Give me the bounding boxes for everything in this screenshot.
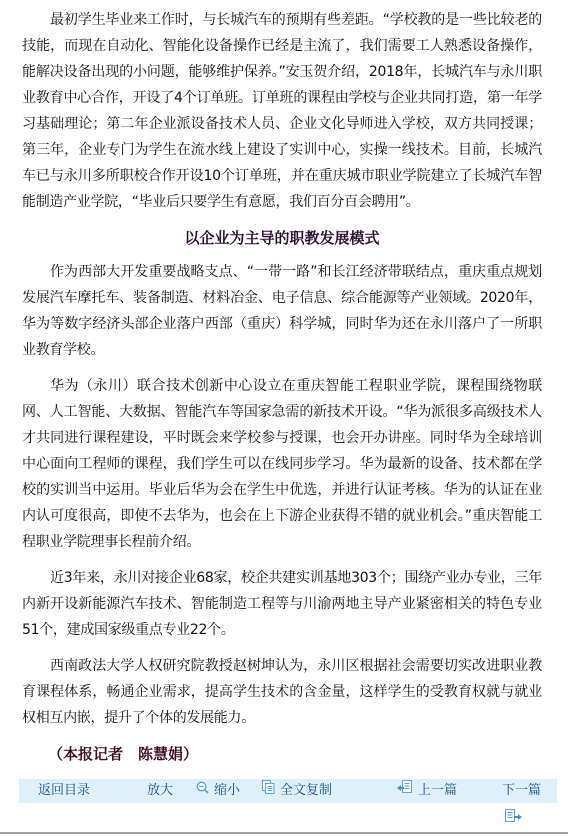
copy-full-text-label: 全文复制 [280, 779, 332, 803]
bottom-divider [0, 832, 568, 834]
prev-article-label: 上一篇 [418, 779, 457, 803]
copy-full-text-button[interactable]: 全文复制 [262, 779, 332, 803]
document-copy-icon [262, 779, 275, 803]
article-paragraph: 华为（永川）联合技术创新中心设立在重庆智能工程职业学院，课程围绕物联网、人工智能… [22, 373, 542, 555]
article-paragraph: 近3年来，永川对接企业68家，校企共建实训基地303个；围绕产业办专业，三年内新… [22, 565, 542, 643]
zoom-in-button[interactable]: 放大 [147, 779, 173, 803]
article-paragraph: 作为西部大开发重要战略支点、“一带一路”和长江经济带联结点，重庆重点规划发展汽车… [22, 259, 542, 363]
next-article-label: 下一篇 [502, 779, 541, 803]
zoom-out-button[interactable]: 缩小 [196, 779, 240, 803]
document-arrow-left-icon [397, 779, 413, 803]
zoom-in-label: 放大 [147, 779, 173, 803]
back-to-toc-label: 返回目录 [38, 779, 90, 803]
magnifier-minus-icon [196, 779, 209, 803]
next-article-link[interactable]: 下一篇 [502, 779, 541, 803]
article-paragraph: 最初学生毕业来工作时，与长城汽车的预期有些差距。“学校教的是一些比较老的技能，而… [22, 7, 542, 215]
article-toolbar: 返回目录 放大 缩小 全文复制 [19, 779, 557, 803]
section-subheading: 以企业为主导的职教发展模式 [22, 225, 542, 251]
reporter-byline: （本报记者 陈慧娟） [22, 741, 542, 767]
article-paragraph: 西南政法大学人权研究院教授赵树坤认为，永川区根据社会需要切实改进职业教育课程体系… [22, 653, 542, 731]
document-arrow-right-icon[interactable] [505, 808, 522, 827]
back-to-toc-link[interactable]: 返回目录 [38, 779, 90, 803]
prev-article-link[interactable]: 上一篇 [397, 779, 457, 803]
article-body: 最初学生毕业来工作时，与长城汽车的预期有些差距。“学校教的是一些比较老的技能，而… [22, 7, 542, 767]
zoom-out-label: 缩小 [214, 779, 240, 803]
